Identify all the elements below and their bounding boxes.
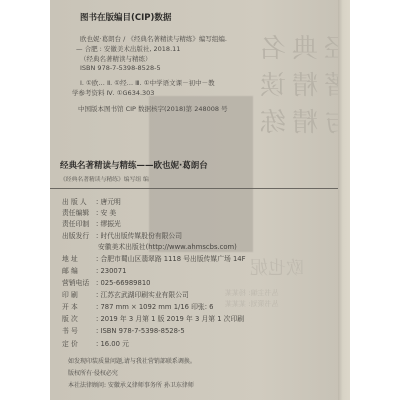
divider-rule bbox=[50, 188, 340, 189]
credit-value: 2019 年 3 月第 1 版 2019 年 3 月第 1 次印刷 bbox=[100, 315, 244, 323]
credit-value: 唐元明 bbox=[100, 198, 120, 206]
cip-record-number: 中国版本图书馆 CIP 数据核字(2018)第 248008 号 bbox=[78, 104, 228, 113]
credit-label: 责任编辑 bbox=[62, 207, 96, 217]
credit-row: 出 版 人: 唐元明 bbox=[62, 196, 121, 206]
credit-row: 安徽美术出版社(http://www.ahmscbs.com) bbox=[98, 241, 237, 251]
credit-label: 开 本 bbox=[62, 301, 96, 311]
credit-value: 江苏玄武湖印刷实业有限公司 bbox=[100, 291, 188, 299]
book-title: 经典名著精读与精练——欧也妮·葛朗台 bbox=[60, 159, 208, 171]
cip-classification: 学参考资料 Ⅳ. ①G634.303 bbox=[72, 88, 154, 97]
cip-classification: Ⅰ. ①欧… Ⅱ. ①经… Ⅲ. ①中学语文课－初中－教 bbox=[80, 78, 215, 87]
credit-row: 地 址: 合肥市蜀山区翡翠路 1118 号出版传媒广场 14F bbox=[62, 253, 246, 263]
credit-row: 开 本: 787 mm × 1092 mm 1/16 印张: 6 bbox=[62, 301, 214, 311]
credit-label: 责任印制 bbox=[62, 218, 96, 228]
credit-value: 16.00 元 bbox=[100, 340, 128, 348]
credit-value: 230071 bbox=[100, 267, 126, 275]
footer-legal-counsel: 本社法律顾问: 安徽承义律师事务所 孙卫东律师 bbox=[68, 380, 194, 389]
credit-label: 营销电话 bbox=[62, 277, 96, 287]
credit-label: 出版发行 bbox=[62, 230, 96, 240]
credit-value: 安 美 bbox=[100, 209, 116, 217]
book-editor-line: 《经典名著精读与精练》编写组 编 bbox=[60, 174, 149, 183]
credit-value: 安徽美术出版社(http://www.ahmscbs.com) bbox=[98, 243, 237, 251]
cip-line: （经典名著精读与精练） bbox=[80, 54, 152, 63]
show-through-subtitle: 欧也妮 bbox=[250, 254, 304, 280]
cip-line: — 合肥 : 安徽美术出版社, 2018.11 bbox=[76, 44, 180, 53]
credit-row: 责任印制: 缪振光 bbox=[62, 218, 121, 228]
credit-label: 地 址 bbox=[62, 253, 96, 263]
credit-row: 营销电话: 025-66989810 bbox=[62, 277, 150, 287]
page-edge bbox=[338, 0, 350, 400]
footer-notice: 如发现印装质量问题,请与我社营销部联系调换。 bbox=[68, 356, 196, 365]
credit-label: 书 号 bbox=[62, 325, 96, 335]
show-through-line: 丛书主编: 杨某某 bbox=[225, 288, 279, 299]
footer-copyright: 版权所有·侵权必究 bbox=[68, 368, 118, 377]
credit-value: 合肥市蜀山区翡翠路 1118 号出版传媒广场 14F bbox=[100, 255, 245, 263]
credit-label: 定 价 bbox=[62, 338, 96, 348]
credit-label: 出 版 人 bbox=[62, 196, 96, 206]
credit-value: 787 mm × 1092 mm 1/16 印张: 6 bbox=[100, 303, 213, 311]
credit-row: 书 号: ISBN 978-7-5398-8528-5 bbox=[62, 325, 185, 335]
copyright-page: 经典名著精读与精练 欧也妮 丛书主编: 杨某某 丛书策划: 某某某 图书在版编目… bbox=[50, 0, 350, 400]
credit-value: 025-66989810 bbox=[100, 279, 150, 287]
credit-row: 邮 编: 230071 bbox=[62, 265, 126, 275]
credit-row: 印 刷: 江苏玄武湖印刷实业有限公司 bbox=[62, 289, 189, 299]
credit-value: 时代出版传媒股份有限公司 bbox=[100, 232, 182, 240]
credit-label: 邮 编 bbox=[62, 265, 96, 275]
credit-row: 出版发行: 时代出版传媒股份有限公司 bbox=[62, 230, 182, 240]
credit-row: 定 价: 16.00 元 bbox=[62, 338, 129, 348]
credit-label: 印 刷 bbox=[62, 289, 96, 299]
cip-isbn: ISBN 978-7-5398-8528-5 bbox=[80, 64, 161, 72]
credit-value: 缪振光 bbox=[100, 220, 120, 228]
show-through-small-text: 丛书主编: 杨某某 丛书策划: 某某某 bbox=[225, 288, 279, 310]
credit-value: ISBN 978-7-5398-8528-5 bbox=[100, 327, 184, 335]
show-through-line: 丛书策划: 某某某 bbox=[225, 299, 279, 310]
credit-label: 版 次 bbox=[62, 313, 96, 323]
cip-line: 欧也妮·葛朗台 / 《经典名著精读与精练》编写组编. bbox=[80, 34, 227, 43]
credit-row: 版 次: 2019 年 3 月第 1 版 2019 年 3 月第 1 次印刷 bbox=[62, 313, 244, 323]
show-through-title: 经典名著精读与精练 bbox=[232, 28, 350, 139]
cip-heading: 图书在版编目(CIP)数据 bbox=[80, 11, 171, 23]
credit-row: 责任编辑: 安 美 bbox=[62, 207, 116, 217]
